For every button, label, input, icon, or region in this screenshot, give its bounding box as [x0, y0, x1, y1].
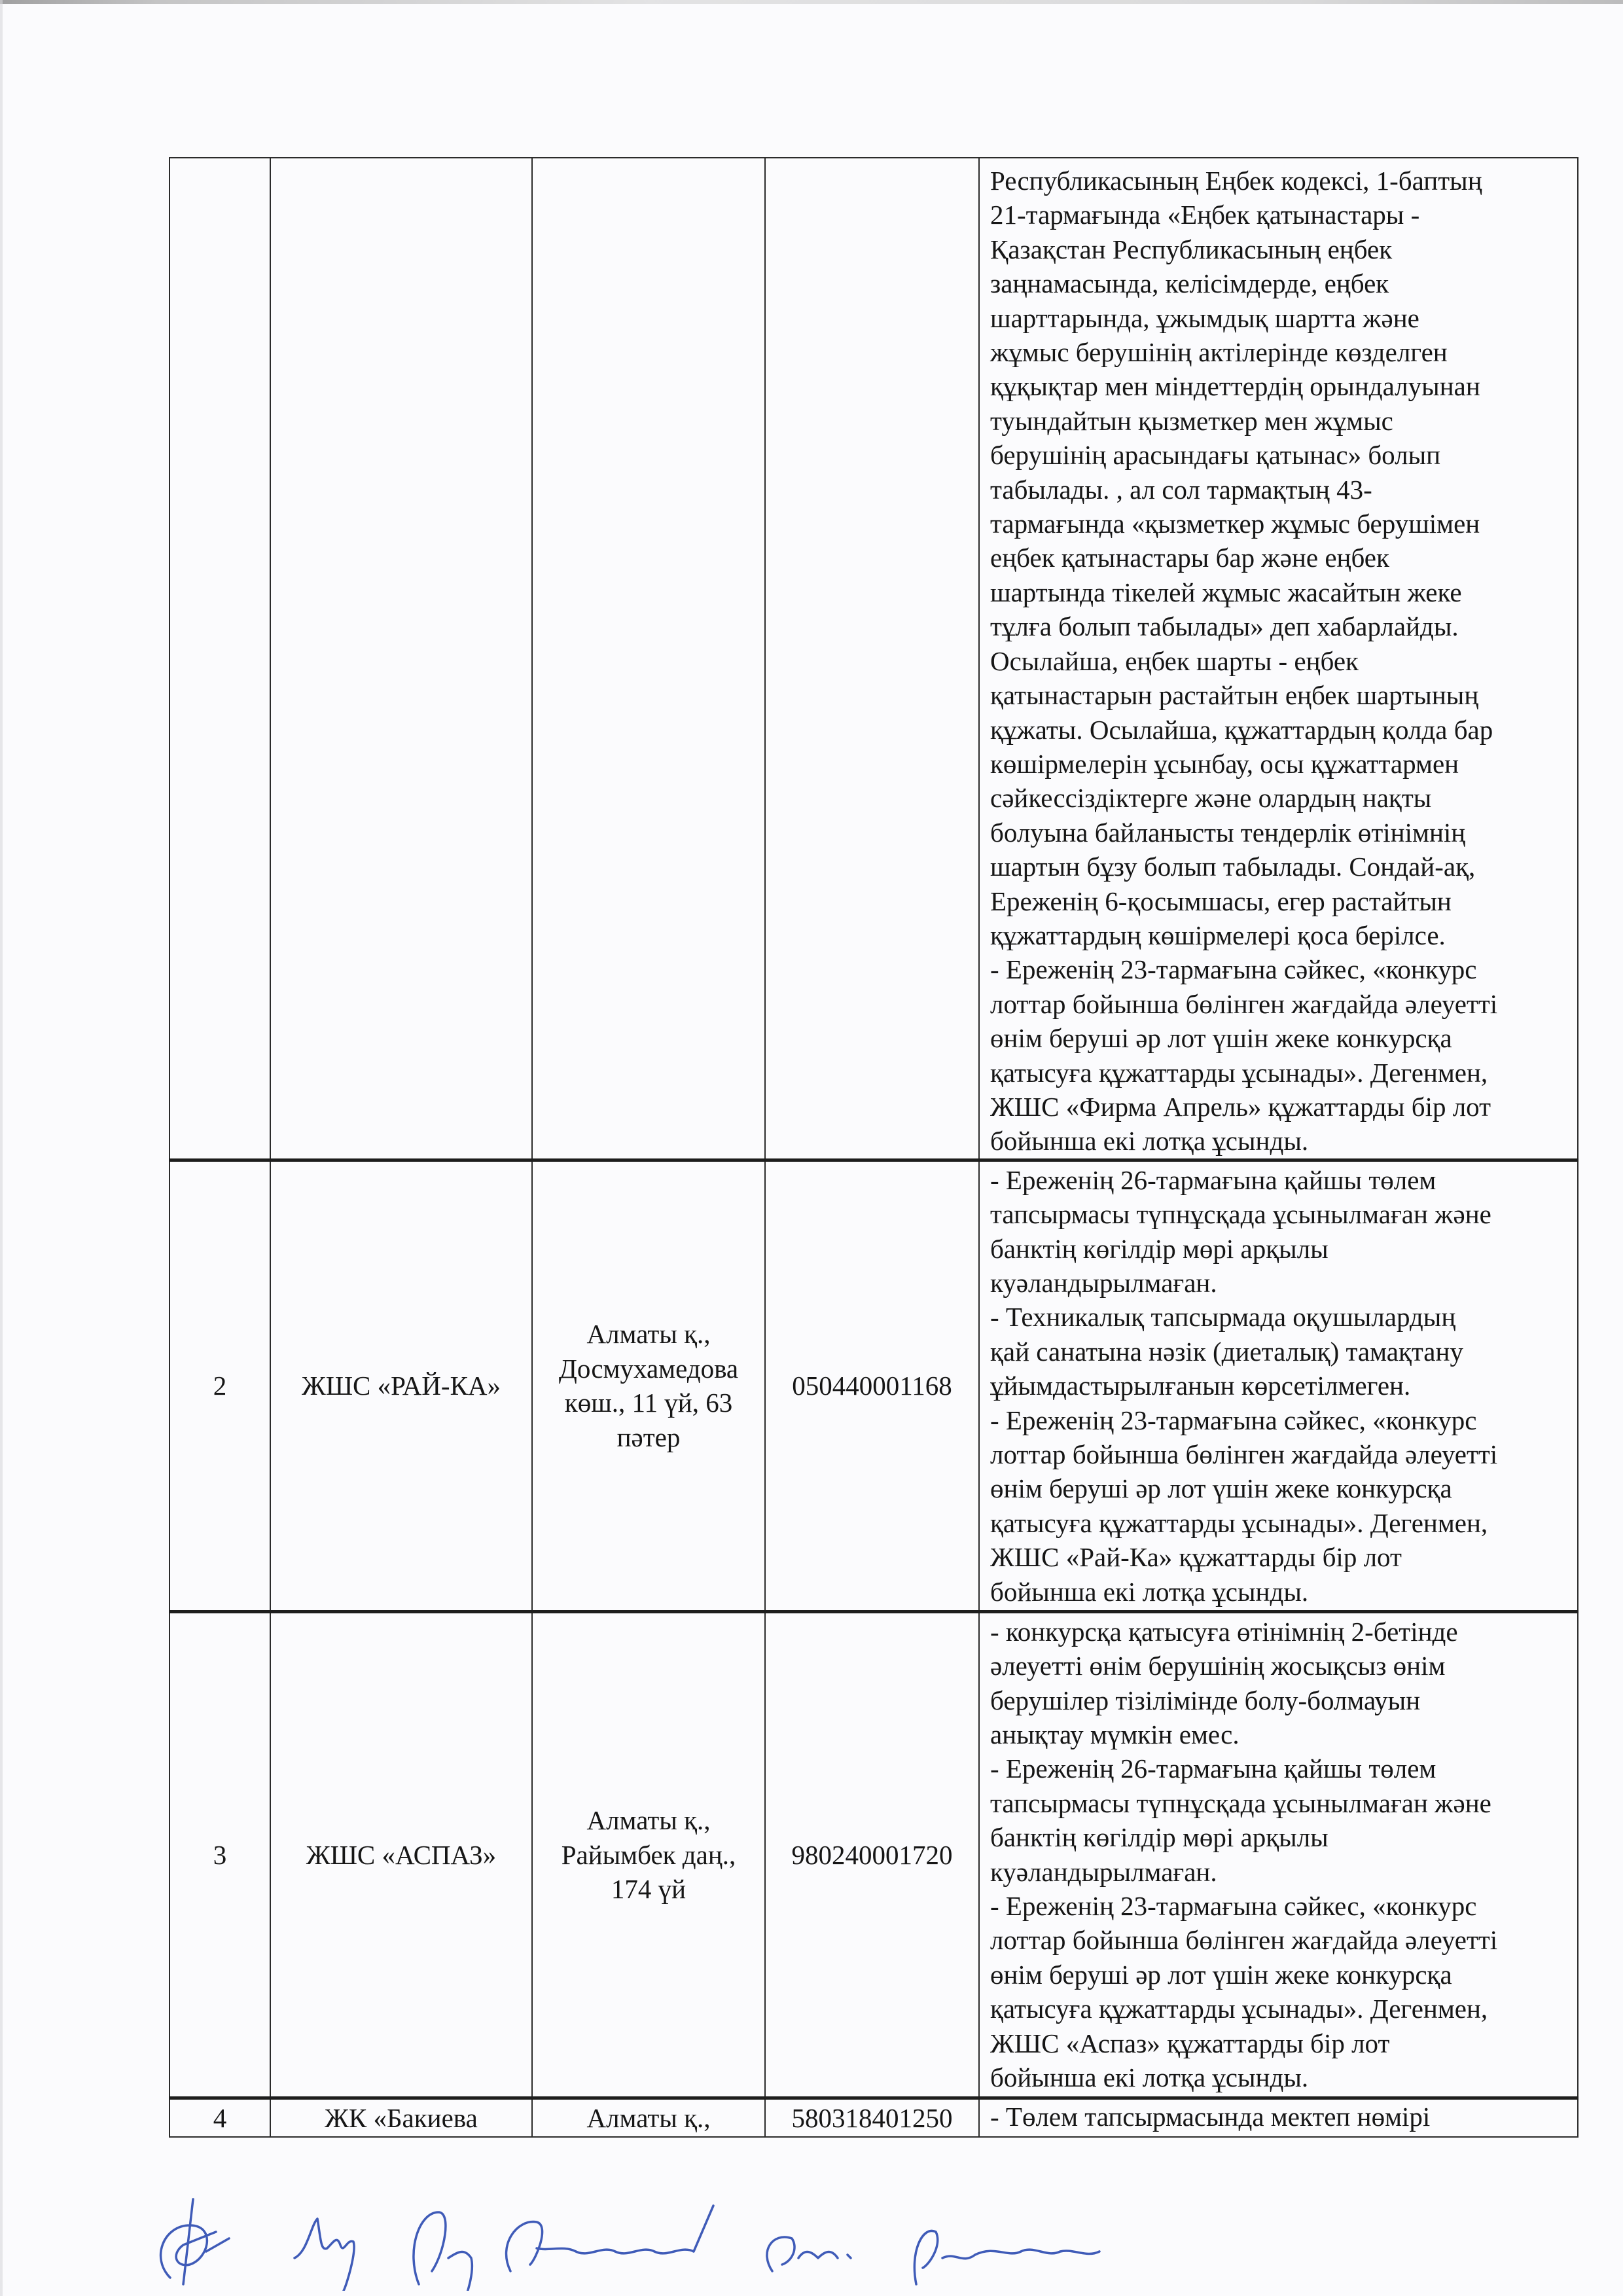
text-line: - Ереженің 26-тармағына қайшы төлем [990, 1163, 1568, 1197]
text-line: ЖШС «Аспаз» құжаттарды бір лот [990, 2026, 1568, 2060]
text-line: банктің көгілдір мөрі арқылы [990, 1820, 1568, 1854]
text-line: - Ереженің 23-тармағына сәйкес, «конкурс [990, 1403, 1568, 1437]
text-line: куәландырылмаған. [990, 1266, 1568, 1300]
signature-5 [767, 2237, 851, 2271]
signature-6 [914, 2231, 1099, 2284]
text-line: Ереженің 6-қосымшасы, егер растайтын [990, 884, 1568, 918]
text-line: шарттарында, ұжымдық шартта және [990, 301, 1568, 335]
text-line: - Техникалық тапсырмада оқушылардың [990, 1300, 1568, 1334]
text-line: қатынастарын растайтын еңбек шартының [990, 678, 1568, 712]
signatures-row [144, 2186, 1584, 2291]
scan-edge-left [0, 0, 3, 2296]
supplier-name: ЖК «Бакиева [270, 2098, 532, 2137]
signature-3 [414, 2212, 472, 2291]
text-line: көш., 11 үй, 63 [533, 1386, 764, 1420]
signature-1 [161, 2199, 229, 2284]
rejection-reason: - Төлем тапсырмасында мектеп нөмірі [979, 2098, 1578, 2137]
text-line: қатысуға құжаттарды ұсынады». Дегенмен, [990, 1056, 1568, 1090]
text-line: Осылайша, еңбек шарты - еңбек [990, 644, 1568, 678]
text-line: шартын бұзу болып табылады. Сондай-ақ, [990, 850, 1568, 884]
text-line: заңнамасында, келісімдерде, еңбек [990, 266, 1568, 300]
rejection-reason: - конкурсқа қатысуға өтінімнің 2-бетінде… [979, 1611, 1578, 2098]
supplier-address: Алматы қ.,Райымбек даң.,174 үй [532, 1611, 765, 2098]
text-line: тұлға болып табылады» деп хабарлайды. [990, 609, 1568, 643]
text-line: Алматы қ., [533, 1317, 764, 1351]
table-row: Республикасының Еңбек кодексі, 1-баптың2… [169, 158, 1578, 1160]
text-line: бойынша екі лотқа ұсынды. [990, 1124, 1568, 1158]
text-line: пәтер [533, 1420, 764, 1454]
text-line: өнім беруші әр лот үшін жеке конкурсқа [990, 1471, 1568, 1505]
text-line: берушілер тізілімінде болу-болмауын [990, 1683, 1568, 1717]
text-line: лоттар бойынша бөлінген жағдайда әлеуетт… [990, 1923, 1568, 1957]
text-line: анықтау мүмкін емес. [990, 1717, 1568, 1751]
text-line: әлеуетті өнім берушінің жосықсыз өнім [990, 1649, 1568, 1683]
supplier-name: ЖШС «АСПАЗ» [270, 1611, 532, 2098]
text-line: Алматы қ., [533, 2101, 764, 2135]
text-line: құжаттардың көшірмелері қоса берілсе. [990, 918, 1568, 952]
text-line: тапсырмасы түпнұсқада ұсынылмаған және [990, 1197, 1568, 1231]
text-line: болуына байланысты тендерлік өтінімнің [990, 816, 1568, 850]
text-line: бойынша екі лотқа ұсынды. [990, 2060, 1568, 2094]
table-row: 2 ЖШС «РАЙ-КА» Алматы қ.,Досмухамедовакө… [169, 1160, 1578, 1611]
text-line: Қазақстан Республикасының еңбек [990, 232, 1568, 266]
text-line: лоттар бойынша бөлінген жағдайда әлеуетт… [990, 1437, 1568, 1471]
text-line: лоттар бойынша бөлінген жағдайда әлеуетт… [990, 987, 1568, 1021]
text-line: сәйкессіздіктерге және олардың нақты [990, 781, 1568, 815]
text-line: шартында тікелей жұмыс жасайтын жеке [990, 575, 1568, 609]
supplier-bin: 980240001720 [765, 1611, 979, 2098]
text-line: қай санатына нәзік (диеталық) тамақтану [990, 1335, 1568, 1369]
text-line: - Ереженің 26-тармағына қайшы төлем [990, 1751, 1568, 1785]
supplier-bin: 580318401250 [765, 2098, 979, 2137]
supplier-address: Алматы қ., [532, 2098, 765, 2137]
text-line: жұмыс берушінің актілерінде көзделген [990, 335, 1568, 369]
text-line: Республикасының Еңбек кодексі, 1-баптың [990, 164, 1568, 198]
text-line: қатысуға құжаттарды ұсынады». Дегенмен, [990, 1506, 1568, 1540]
text-line: өнім беруші әр лот үшін жеке конкурсқа [990, 1958, 1568, 1992]
text-line: - Ереженің 23-тармағына сәйкес, «конкурс [990, 952, 1568, 986]
text-line: берушінің арасындағы қатынас» болып [990, 438, 1568, 472]
handwritten-signatures [144, 2186, 1584, 2291]
signature-4 [507, 2206, 713, 2271]
table-row: 3 ЖШС «АСПАЗ» Алматы қ.,Райымбек даң.,17… [169, 1611, 1578, 2098]
text-line: көшірмелерін ұсынбау, осы құжаттармен [990, 747, 1568, 781]
text-line: Досмухамедова [533, 1352, 764, 1386]
text-line: куәландырылмаған. [990, 1855, 1568, 1889]
text-line: құжаты. Осылайша, құжаттардың қолда бар [990, 713, 1568, 747]
row-number [169, 158, 270, 1160]
supplier-address [532, 158, 765, 1160]
scan-edge-top [0, 0, 1623, 4]
table-row: 4 ЖК «Бакиева Алматы қ., 580318401250 - … [169, 2098, 1578, 2137]
text-line: тармағында «қызметкер жұмыс берушімен [990, 507, 1568, 541]
text-line: Райымбек даң., [533, 1838, 764, 1872]
text-line: еңбек қатынастары бар және еңбек [990, 541, 1568, 575]
row-number: 3 [169, 1611, 270, 2098]
supplier-name [270, 158, 532, 1160]
text-line: Алматы қ., [533, 1803, 764, 1837]
text-line: өнім беруші әр лот үшін жеке конкурсқа [990, 1021, 1568, 1055]
text-line: - конкурсқа қатысуға өтінімнің 2-бетінде [990, 1615, 1568, 1649]
suppliers-table: Республикасының Еңбек кодексі, 1-баптың2… [169, 157, 1578, 2138]
rejection-reason: - Ереженің 26-тармағына қайшы төлемтапсы… [979, 1160, 1578, 1611]
text-line: бойынша екі лотқа ұсынды. [990, 1575, 1568, 1609]
text-line: табылады. , ал сол тармақтың 43- [990, 473, 1568, 507]
text-line: - Ереженің 23-тармағына сәйкес, «конкурс [990, 1889, 1568, 1923]
text-line: банктің көгілдір мөрі арқылы [990, 1232, 1568, 1266]
signature-2 [294, 2219, 354, 2291]
text-line: 21-тармағында «Еңбек қатынастары - [990, 198, 1568, 232]
row-number: 4 [169, 2098, 270, 2137]
supplier-bin: 050440001168 [765, 1160, 979, 1611]
text-line: туындайтын қызметкер мен жұмыс [990, 404, 1568, 438]
text-line: ЖШС «Фирма Апрель» құжаттарды бір лот [990, 1090, 1568, 1124]
text-line: құқықтар мен міндеттердің орындалуынан [990, 369, 1568, 403]
supplier-bin [765, 158, 979, 1160]
text-line: - Төлем тапсырмасында мектеп нөмірі [990, 2100, 1568, 2134]
supplier-address: Алматы қ.,Досмухамедовакөш., 11 үй, 63пә… [532, 1160, 765, 1611]
text-line: ЖШС «Рай-Ка» құжаттарды бір лот [990, 1540, 1568, 1574]
text-line: 174 үй [533, 1872, 764, 1906]
text-line: ұйымдастырылғанын көрсетілмеген. [990, 1369, 1568, 1403]
text-line: тапсырмасы түпнұсқада ұсынылмаған және [990, 1786, 1568, 1820]
text-line: қатысуға құжаттарды ұсынады». Дегенмен, [990, 1992, 1568, 2026]
row-number: 2 [169, 1160, 270, 1611]
rejection-reason: Республикасының Еңбек кодексі, 1-баптың2… [979, 158, 1578, 1160]
supplier-name: ЖШС «РАЙ-КА» [270, 1160, 532, 1611]
